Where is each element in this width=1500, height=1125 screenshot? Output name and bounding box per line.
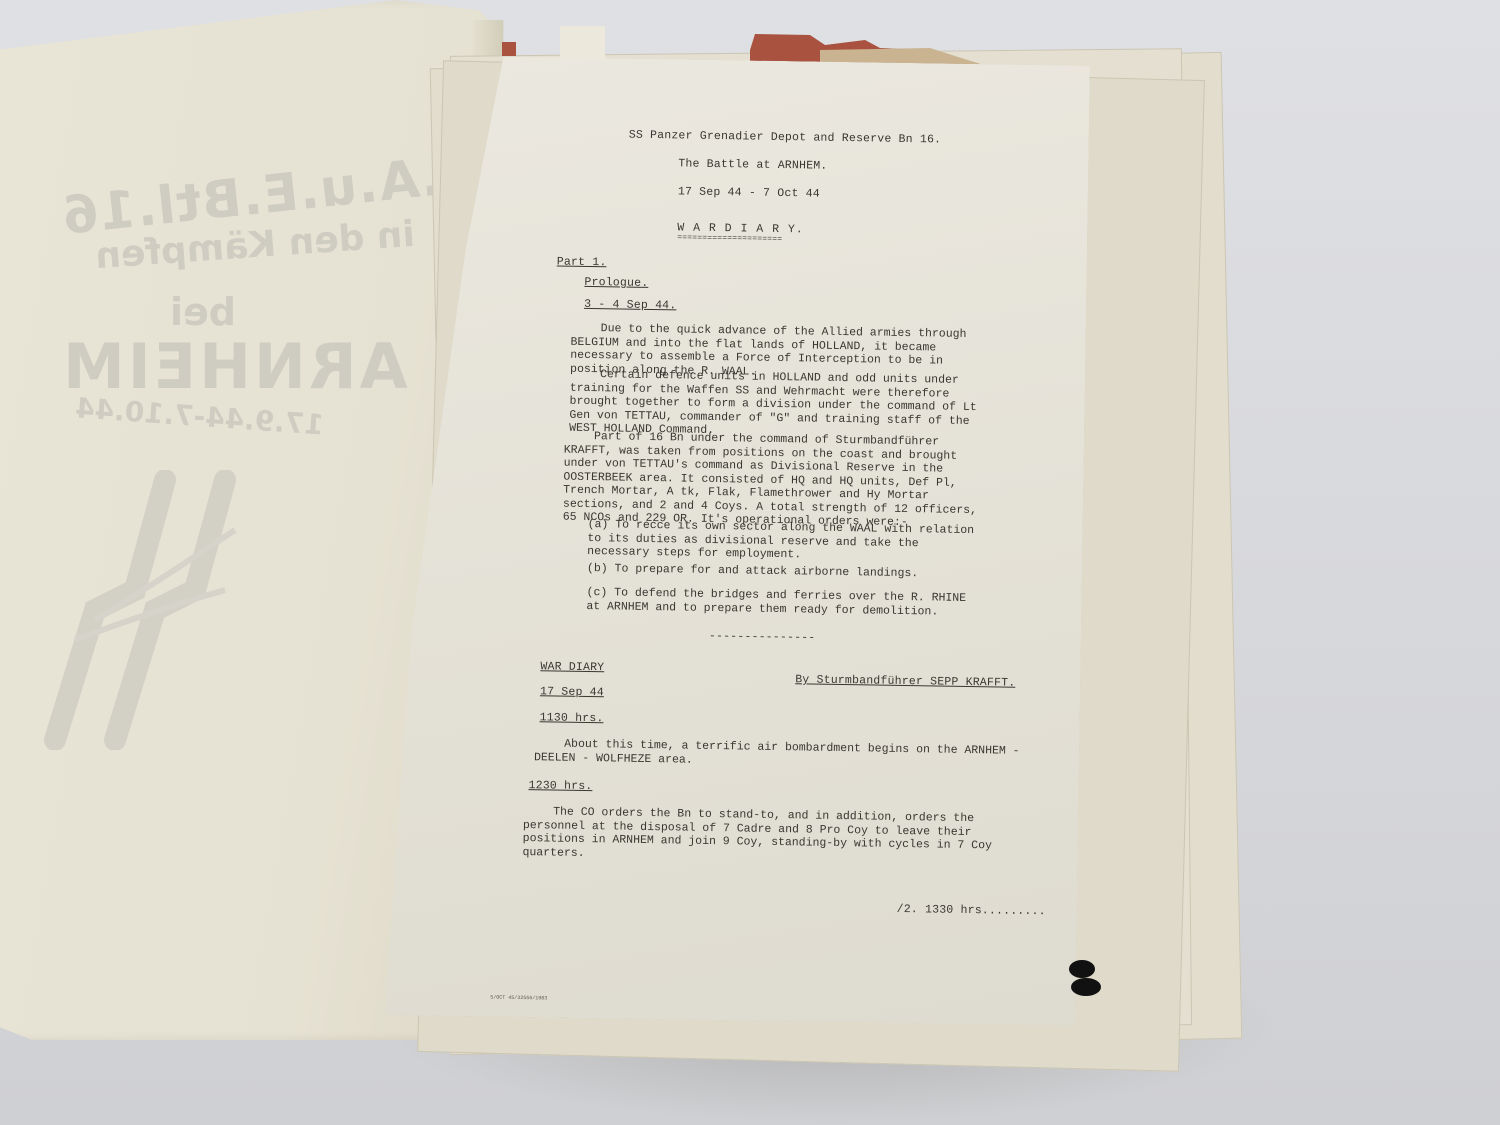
order-c: (c) To defend the bridges and ferries ov… [586,586,986,619]
date-label: 3 - 4 Sep 44. [584,298,677,313]
order-b: (b) To prepare for and attack airborne l… [587,562,987,582]
diary-title-underline: ===================== [677,231,782,246]
order-c-text: To defend the bridges and ferries over t… [586,586,966,618]
entry-text-2: The CO orders the Bn to stand-to, and in… [522,805,1033,867]
entry-date: 17 Sep 44 [540,685,604,700]
section-label: Prologue. [584,276,648,291]
date-range: 17 Sep 44 - 7 Oct 44 [678,185,820,201]
order-b-text: To prepare for and attack airborne landi… [614,562,918,580]
order-a: (a) To recce its own sector along the WA… [587,518,988,565]
cover-bleed-line-4: ARNHEIM [60,330,408,403]
diary-heading: WAR DIARY [540,660,604,675]
ink-mark [1068,955,1104,1001]
footer-stamp: 5/OCT 45/32556/1983 [490,995,547,1002]
order-a-text: To recce its own sector along the WAAL w… [587,518,974,561]
unit-heading: SS Panzer Grenadier Depot and Reserve Bn… [629,129,942,147]
part-label: Part 1. [557,255,607,269]
order-c-label: (c) [586,586,607,599]
separator: --------------- [709,630,816,645]
entry-time-2: 1230 hrs. [528,779,592,794]
battle-title: The Battle at ARNHEM. [678,157,827,173]
cover-bleed-line-3: bei [170,290,236,334]
entry-time-1: 1130 hrs. [539,711,603,726]
war-diary-page: SS Panzer Grenadier Depot and Reserve Bn… [385,55,1090,1026]
ss-runes-emblem-icon [35,470,255,750]
author: By Sturmbandführer SEPP KRAFFT. [795,673,1015,690]
order-b-label: (b) [587,562,608,575]
continuation-note: /2. 1330 hrs......... [897,903,1046,919]
order-a-label: (a) [588,518,609,531]
paragraph-3: Part of 16 Bn under the command of Sturm… [563,430,984,531]
entry-text-1: About this time, a terrific air bombardm… [534,737,1034,772]
